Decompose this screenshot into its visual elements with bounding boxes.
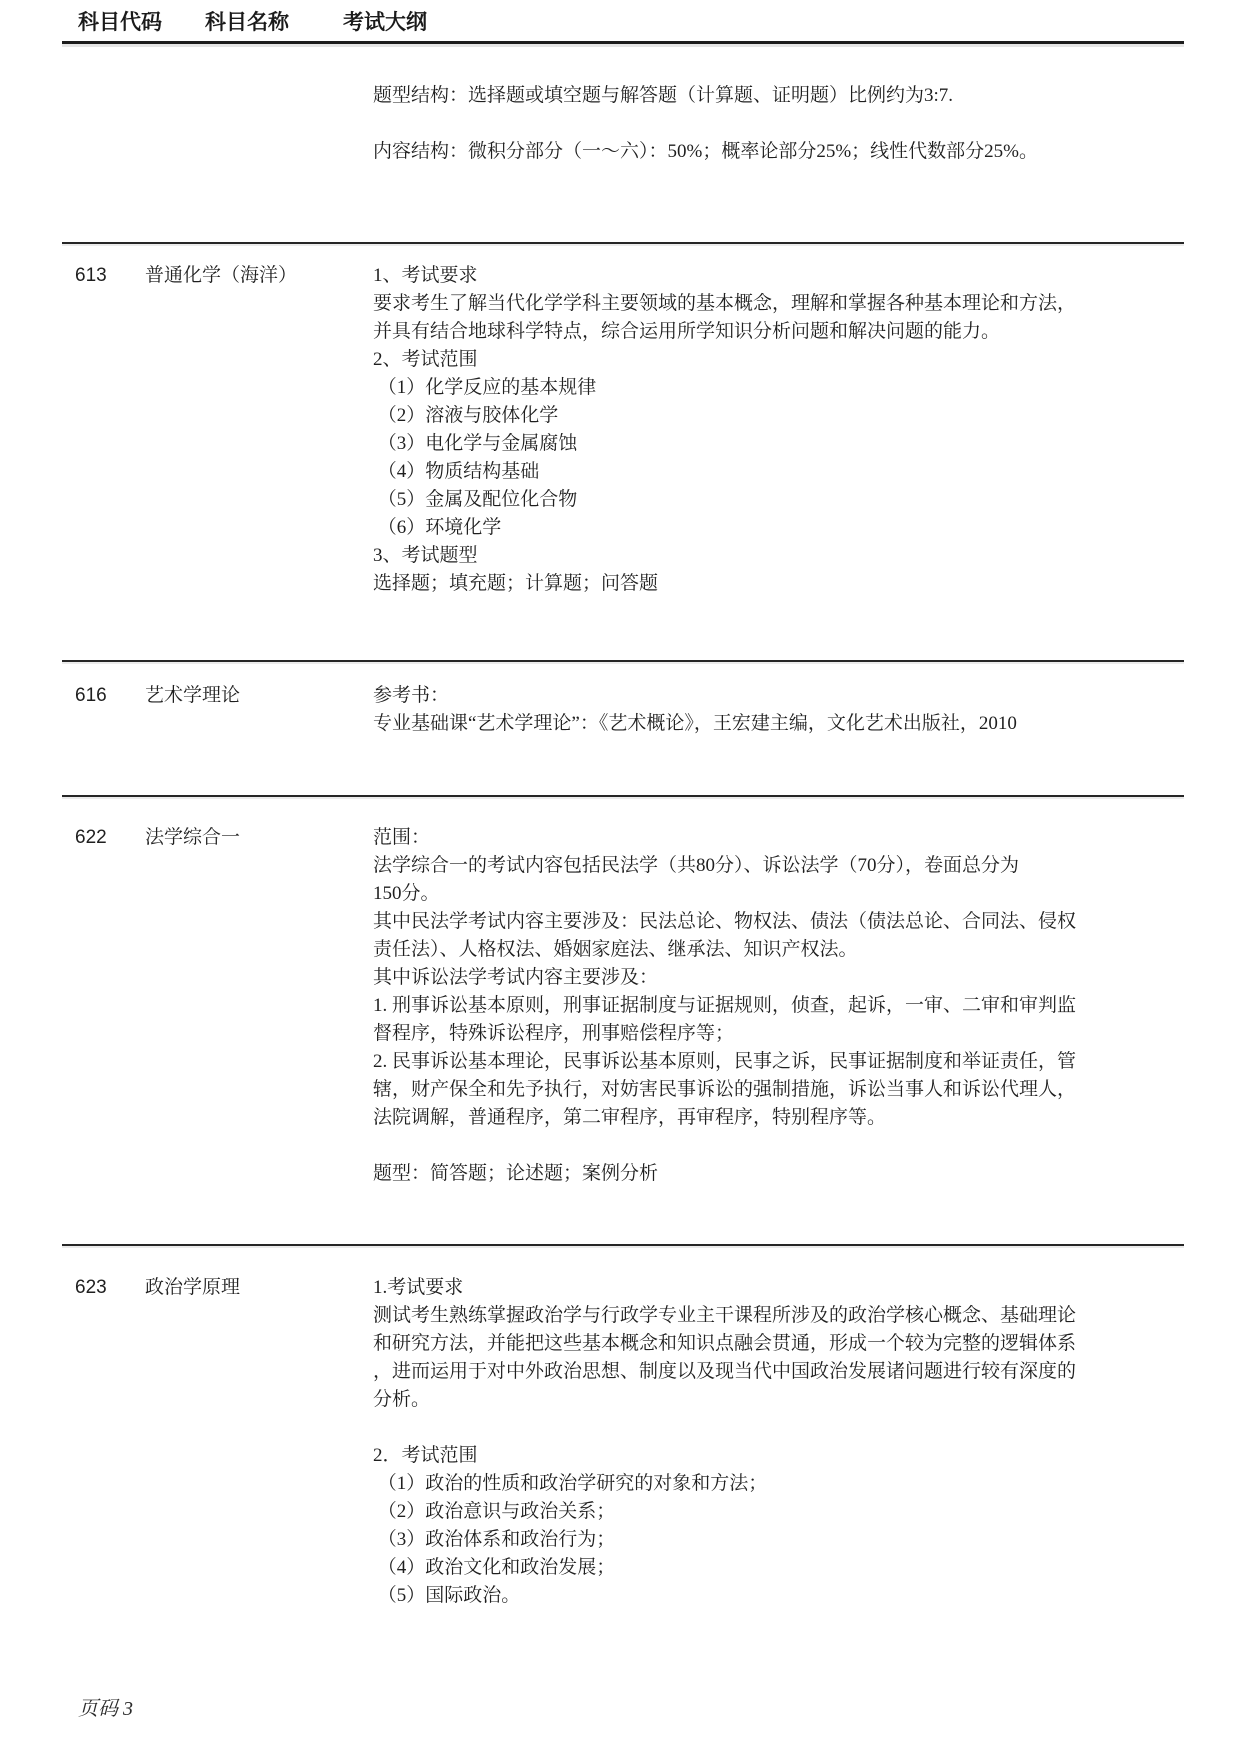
outline-line: 分析。 <box>373 1386 1184 1414</box>
outline-line: 辖，财产保全和先予执行，对妨害民事诉讼的强制措施，诉讼当事人和诉讼代理人， <box>373 1076 1184 1104</box>
document-page: 科目代码 科目名称 考试大纲 题型结构：选择题或填空题与解答题（计算题、证明题）… <box>0 0 1240 1754</box>
outline-line: 参考书： <box>373 682 1184 710</box>
outline-line: 3、考试题型 <box>373 542 1184 570</box>
subject-name: 普通化学（海洋） <box>145 262 373 290</box>
outline-line: 测试考生熟练掌握政治学与行政学专业主干课程所涉及的政治学核心概念、基础理论 <box>373 1302 1184 1330</box>
outline-line: （2）溶液与胶体化学 <box>373 402 1184 430</box>
table-header: 科目代码 科目名称 考试大纲 <box>62 8 1184 38</box>
exam-outline: 参考书：专业基础课“艺术学理论”：《艺术概论》，王宏建主编，文化艺术出版社，20… <box>373 682 1184 738</box>
page-number: 页码 3 <box>78 1692 133 1721</box>
outline-line: 2. 民事诉讼基本理论，民事诉讼基本原则，民事之诉，民事证据制度和举证责任，管 <box>373 1048 1184 1076</box>
exam-outline: 范围：法学综合一的考试内容包括民法学（共80分）、诉讼法学（70分），卷面总分为… <box>373 824 1184 1188</box>
outline-line: 内容结构：微积分部分（一～六）：50%；概率论部分25%；线性代数部分25%。 <box>373 138 1184 166</box>
sections-container: 题型结构：选择题或填空题与解答题（计算题、证明题）比例约为3:7.内容结构：微积… <box>62 44 1184 1670</box>
subject-code: 623 <box>75 1274 145 1302</box>
table-row: 623政治学原理1.考试要求测试考生熟练掌握政治学与行政学专业主干课程所涉及的政… <box>62 1246 1184 1670</box>
outline-line: （2）政治意识与政治关系； <box>373 1498 1184 1526</box>
outline-line: 其中诉讼法学考试内容主要涉及： <box>373 964 1184 992</box>
outline-line: 和研究方法，并能把这些基本概念和知识点融会贯通，形成一个较为完整的逻辑体系 <box>373 1330 1184 1358</box>
outline-line: 法院调解，普通程序，第二审程序，再审程序，特别程序等。 <box>373 1104 1184 1132</box>
outline-line: （3）电化学与金属腐蚀 <box>373 430 1184 458</box>
outline-line: 1、考试要求 <box>373 262 1184 290</box>
subject-code: 622 <box>75 824 145 852</box>
outline-line: 2、考试范围 <box>373 346 1184 374</box>
table-row: 622法学综合一范围：法学综合一的考试内容包括民法学（共80分）、诉讼法学（70… <box>62 797 1184 1244</box>
outline-line <box>373 1132 1184 1160</box>
outline-line: 选择题；填充题；计算题；问答题 <box>373 570 1184 598</box>
header-col-subject-name: 科目名称 <box>205 8 343 38</box>
subject-name: 艺术学理论 <box>145 682 373 710</box>
header-col-exam-outline: 考试大纲 <box>343 8 427 38</box>
outline-line: （3）政治体系和政治行为； <box>373 1526 1184 1554</box>
outline-line: （6）环境化学 <box>373 514 1184 542</box>
outline-line: 要求考生了解当代化学学科主要领域的基本概念，理解和掌握各种基本理论和方法， <box>373 290 1184 318</box>
exam-outline: 1.考试要求测试考生熟练掌握政治学与行政学专业主干课程所涉及的政治学核心概念、基… <box>373 1274 1184 1610</box>
subject-code: 613 <box>75 262 145 290</box>
outline-line: 并具有结合地球科学特点，综合运用所学知识分析问题和解决问题的能力。 <box>373 318 1184 346</box>
outline-line: （1）政治的性质和政治学研究的对象和方法； <box>373 1470 1184 1498</box>
outline-line: ，进而运用于对中外政治思想、制度以及现当代中国政治发展诸问题进行较有深度的 <box>373 1358 1184 1386</box>
table-row: 616艺术学理论参考书：专业基础课“艺术学理论”：《艺术概论》，王宏建主编，文化… <box>62 662 1184 795</box>
outline-line: 责任法）、人格权法、婚姻家庭法、继承法、知识产权法。 <box>373 936 1184 964</box>
subject-code: 616 <box>75 682 145 710</box>
outline-line: 题型：简答题；论述题；案例分析 <box>373 1160 1184 1188</box>
exam-outline: 题型结构：选择题或填空题与解答题（计算题、证明题）比例约为3:7.内容结构：微积… <box>373 82 1184 166</box>
outline-line: 1. 刑事诉讼基本原则，刑事证据制度与证据规则，侦查，起诉，一审、二审和审判监 <box>373 992 1184 1020</box>
outline-line: 督程序，特殊诉讼程序，刑事赔偿程序等； <box>373 1020 1184 1048</box>
subject-name: 政治学原理 <box>145 1274 373 1302</box>
outline-line: 范围： <box>373 824 1184 852</box>
header-col-subject-code: 科目代码 <box>78 8 205 38</box>
outline-line: （4）物质结构基础 <box>373 458 1184 486</box>
exam-outline: 1、考试要求要求考生了解当代化学学科主要领域的基本概念，理解和掌握各种基本理论和… <box>373 262 1184 598</box>
outline-line: 题型结构：选择题或填空题与解答题（计算题、证明题）比例约为3:7. <box>373 82 1184 110</box>
outline-line: （4）政治文化和政治发展； <box>373 1554 1184 1582</box>
outline-line <box>373 110 1184 138</box>
outline-line <box>373 1414 1184 1442</box>
table-row: 题型结构：选择题或填空题与解答题（计算题、证明题）比例约为3:7.内容结构：微积… <box>62 44 1184 242</box>
outline-line: 1.考试要求 <box>373 1274 1184 1302</box>
outline-line: （5）金属及配位化合物 <box>373 486 1184 514</box>
outline-line: 法学综合一的考试内容包括民法学（共80分）、诉讼法学（70分），卷面总分为 <box>373 852 1184 880</box>
table-row: 613普通化学（海洋）1、考试要求要求考生了解当代化学学科主要领域的基本概念，理… <box>62 244 1184 660</box>
outline-line: （5）国际政治。 <box>373 1582 1184 1610</box>
outline-line: 150分。 <box>373 880 1184 908</box>
subject-name: 法学综合一 <box>145 824 373 852</box>
outline-line: 2．考试范围 <box>373 1442 1184 1470</box>
outline-line: 其中民法学考试内容主要涉及：民法总论、物权法、债法（债法总论、合同法、侵权 <box>373 908 1184 936</box>
outline-line: （1）化学反应的基本规律 <box>373 374 1184 402</box>
outline-line: 专业基础课“艺术学理论”：《艺术概论》，王宏建主编，文化艺术出版社，2010 <box>373 710 1184 738</box>
